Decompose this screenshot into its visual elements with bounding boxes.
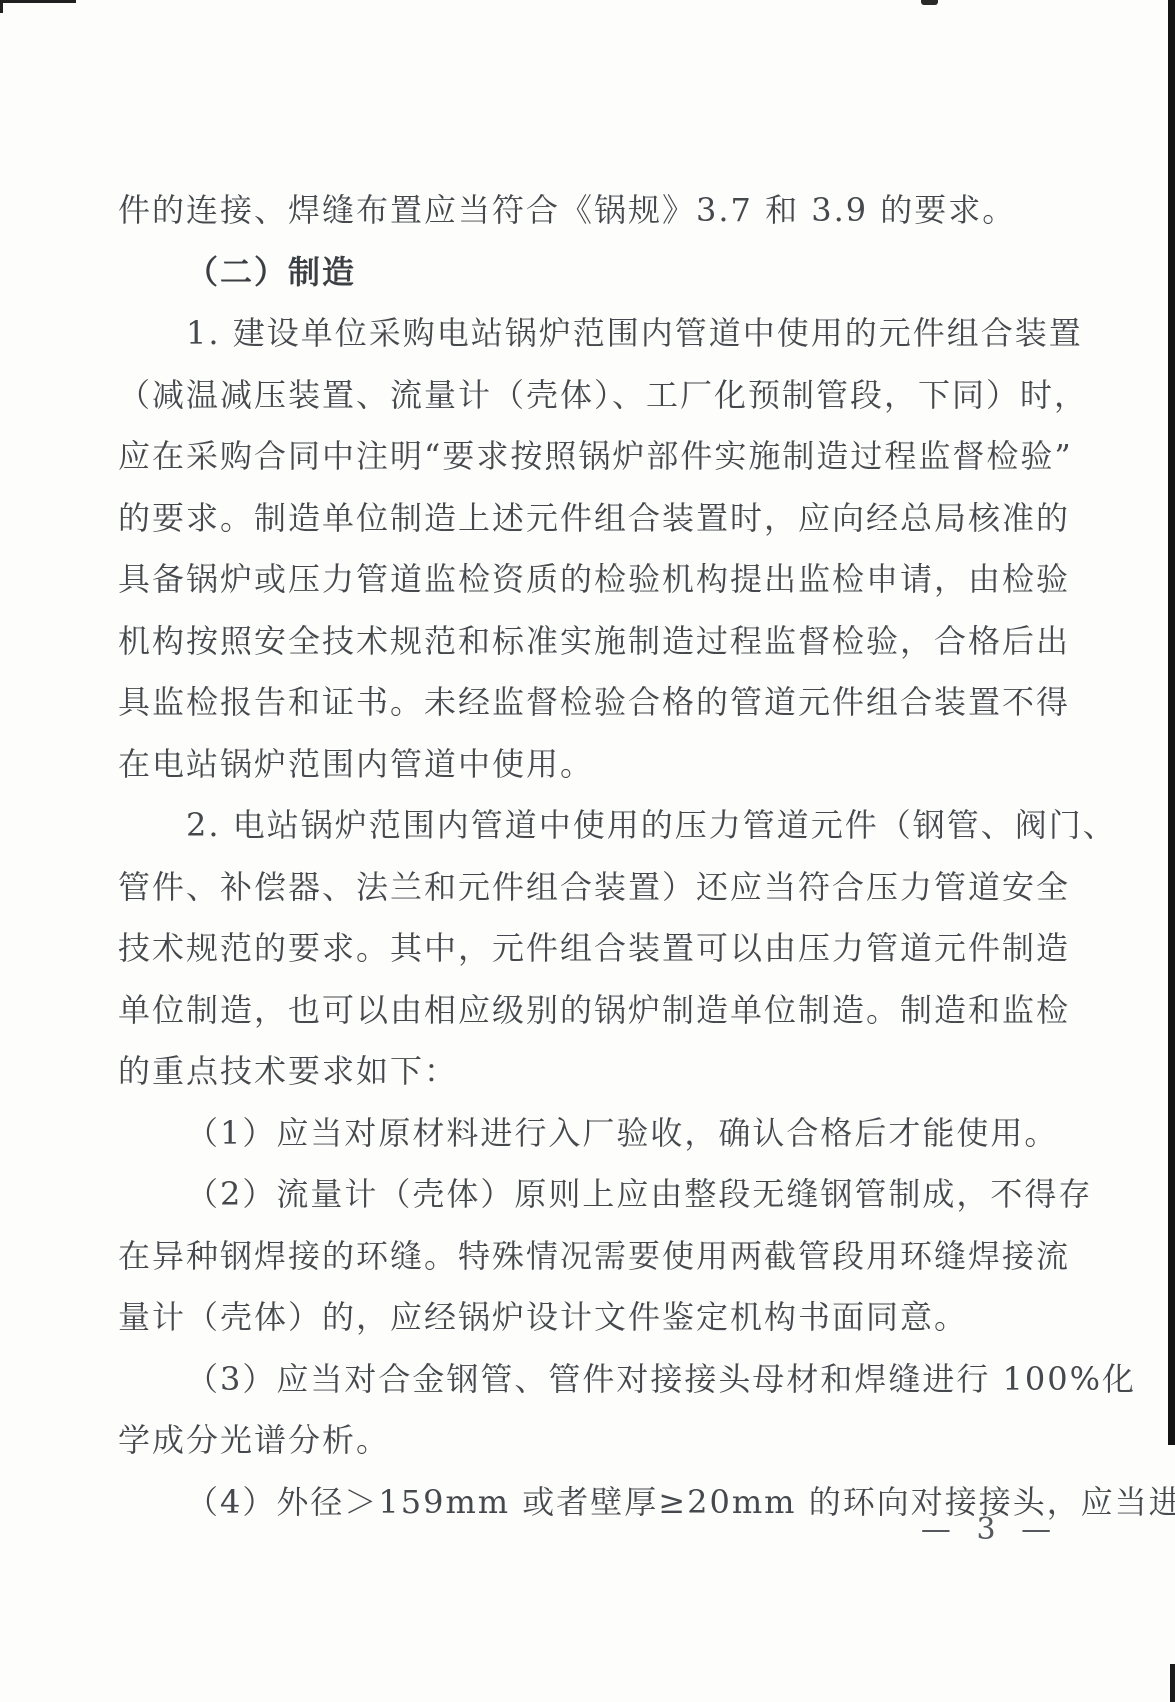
text-line: 在异种钢焊接的环缝。特殊情况需要使用两截管段用环缝焊接流 bbox=[118, 1226, 1060, 1288]
section-heading: （二）制造 bbox=[118, 242, 1060, 304]
document-body: 件的连接、焊缝布置应当符合《锅规》3.7 和 3.9 的要求。 （二）制造 1.… bbox=[118, 180, 1060, 1533]
text-line: 管件、补偿器、法兰和元件组合装置）还应当符合压力管道安全 bbox=[118, 857, 1060, 919]
document-page: 件的连接、焊缝布置应当符合《锅规》3.7 和 3.9 的要求。 （二）制造 1.… bbox=[0, 0, 1175, 1702]
text-line: 件的连接、焊缝布置应当符合《锅规》3.7 和 3.9 的要求。 bbox=[118, 180, 1060, 242]
text-line: 1. 建设单位采购电站锅炉范围内管道中使用的元件组合装置 bbox=[118, 303, 1060, 365]
page-number: — 3 — bbox=[860, 1512, 1120, 1547]
text-line: （3）应当对合金钢管、管件对接接头母材和焊缝进行 100%化 bbox=[118, 1349, 1060, 1411]
scan-edge-line bbox=[0, 0, 76, 3]
text-line: 单位制造，也可以由相应级别的锅炉制造单位制造。制造和监检 bbox=[118, 980, 1060, 1042]
text-line: 技术规范的要求。其中，元件组合装置可以由压力管道元件制造 bbox=[118, 918, 1060, 980]
text-line: 的重点技术要求如下： bbox=[118, 1041, 1060, 1103]
scan-edge-tick bbox=[0, 0, 3, 13]
text-line: （2）流量计（壳体）原则上应由整段无缝钢管制成，不得存 bbox=[118, 1164, 1060, 1226]
text-line: （减温减压装置、流量计（壳体）、工厂化预制管段，下同）时， bbox=[118, 365, 1060, 427]
text-line: 应在采购合同中注明“要求按照锅炉部件实施制造过程监督检验” bbox=[118, 426, 1060, 488]
text-line: 具备锅炉或压力管道监检资质的检验机构提出监检申请，由检验 bbox=[118, 549, 1060, 611]
text-line: 机构按照安全技术规范和标准实施制造过程监督检验，合格后出 bbox=[118, 611, 1060, 673]
text-line: 量计（壳体）的，应经锅炉设计文件鉴定机构书面同意。 bbox=[118, 1287, 1060, 1349]
text-line: 的要求。制造单位制造上述元件组合装置时，应向经总局核准的 bbox=[118, 488, 1060, 550]
scan-edge-bar bbox=[1168, 0, 1175, 1445]
text-line: 学成分光谱分析。 bbox=[118, 1410, 1060, 1472]
text-line: 在电站锅炉范围内管道中使用。 bbox=[118, 734, 1060, 796]
scan-speck bbox=[921, 0, 938, 5]
scan-edge-mark bbox=[1170, 1664, 1175, 1702]
text-line: （1）应当对原材料进行入厂验收，确认合格后才能使用。 bbox=[118, 1103, 1060, 1165]
text-line: 2. 电站锅炉范围内管道中使用的压力管道元件（钢管、阀门、 bbox=[118, 795, 1060, 857]
text-line: 具监检报告和证书。未经监督检验合格的管道元件组合装置不得 bbox=[118, 672, 1060, 734]
